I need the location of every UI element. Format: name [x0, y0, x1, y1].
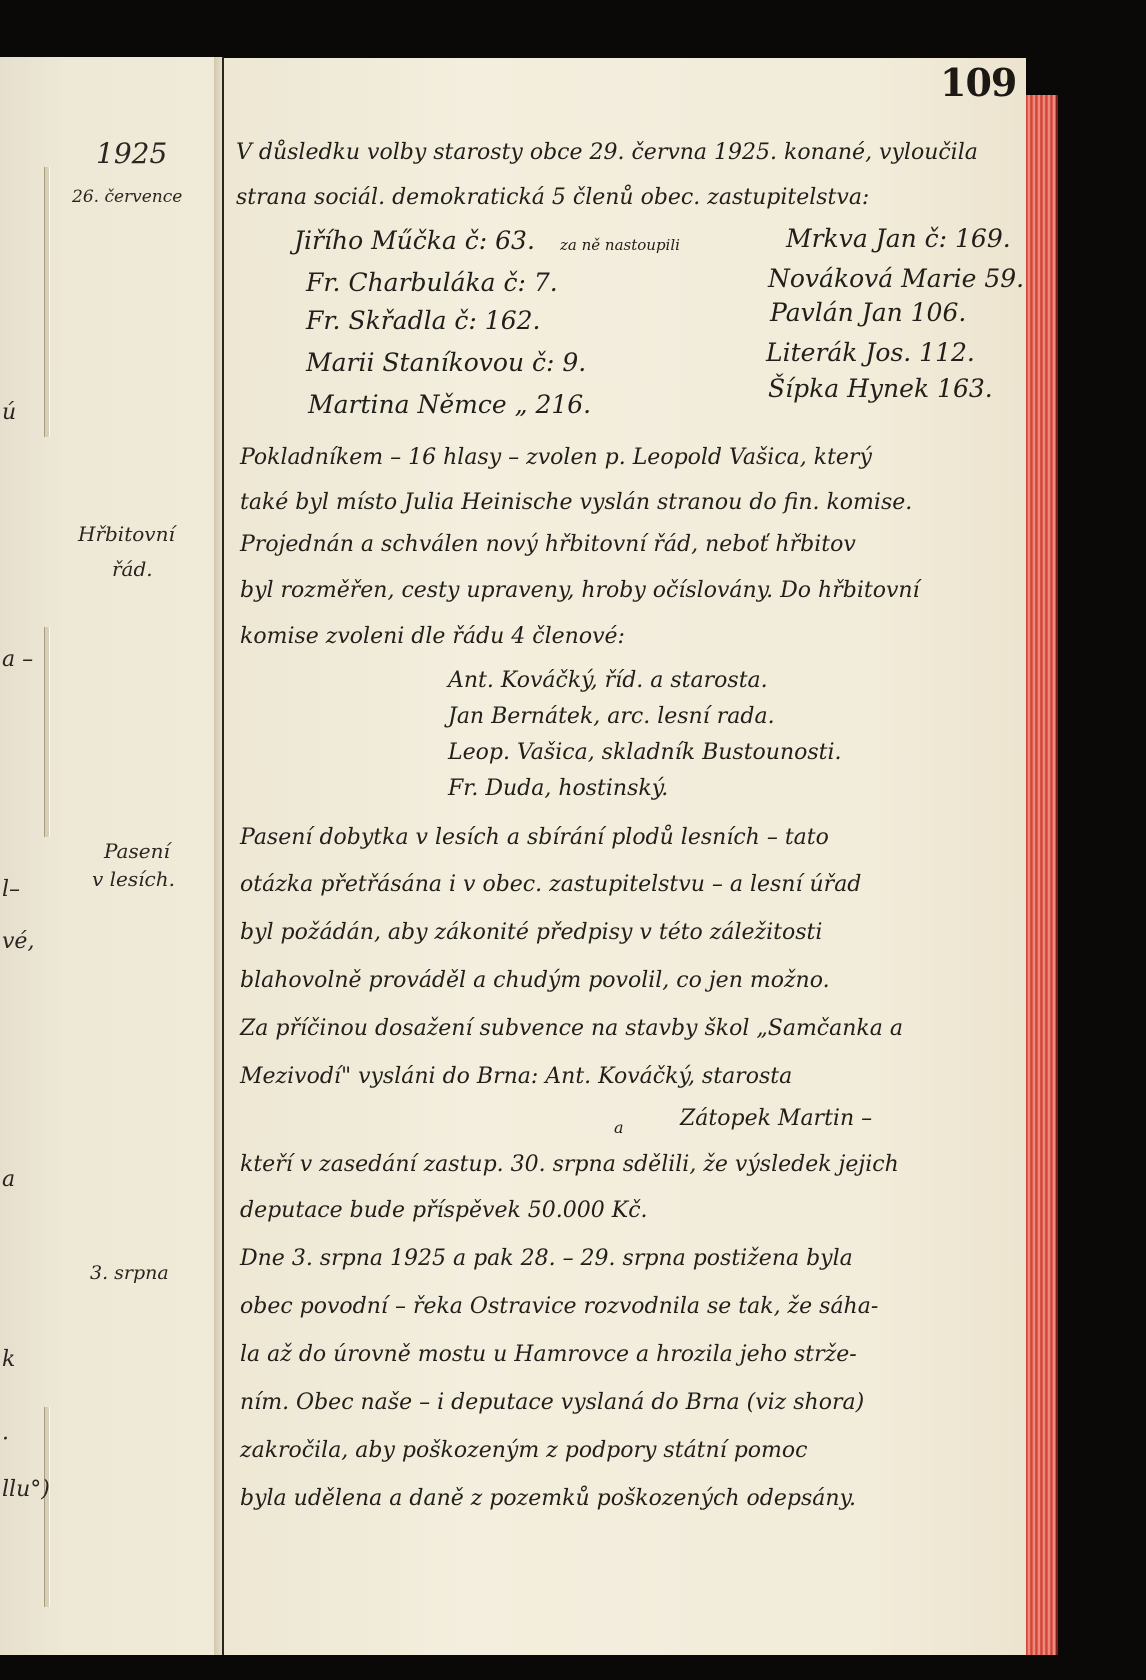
removed-member: Marii Staníkovou č: 9.	[306, 348, 586, 377]
replacement-member: Pavlán Jan 106.	[770, 298, 966, 327]
replacement-member: Nováková Marie 59.	[768, 264, 1024, 293]
background	[0, 1655, 1146, 1680]
left-page-fragment: llu°)	[2, 1477, 50, 1502]
left-page-fragment: a –	[2, 647, 33, 672]
binding-stitch	[44, 627, 50, 837]
margin-year: 1925	[96, 137, 167, 170]
replacement-member: Mrkva Jan č: 169.	[786, 224, 1011, 253]
margin-note: Pasení	[104, 839, 170, 863]
entry-line: Pasení dobytka v lesích a sbírání plodů …	[240, 825, 829, 850]
commission-member: Fr. Duda, hostinský.	[448, 776, 668, 801]
replacement-member: Literák Jos. 112.	[766, 338, 975, 367]
entry-line: Dne 3. srpna 1925 a pak 28. – 29. srpna …	[240, 1246, 853, 1271]
entry-line: la až do úrovně mostu u Hamrovce a hrozi…	[240, 1342, 857, 1367]
margin-rule	[222, 57, 224, 1655]
margin-date: 3. srpna	[90, 1262, 169, 1284]
entry-line: byl požádán, aby zákonité předpisy v tét…	[240, 920, 822, 945]
entry-line: Projednán a schválen nový hřbitovní řád,…	[240, 532, 856, 557]
removed-member: Fr. Charbuláka č: 7.	[306, 268, 558, 297]
entry-line: byl rozměřen, cesty upraveny, hroby očís…	[240, 578, 920, 603]
left-page-fragment: vé,	[2, 929, 34, 954]
removed-member: Fr. Skřadla č: 162.	[306, 306, 540, 335]
commission-member: Ant. Kováčký, říd. a starosta.	[448, 668, 768, 693]
entry-line: kteří v zasedání zastup. 30. srpna sděli…	[240, 1152, 899, 1177]
page-edge	[1026, 95, 1058, 1655]
removed-member: Jiřího Műčka č: 63.	[294, 226, 535, 255]
margin-date: 26. července	[72, 187, 182, 207]
entry-line: V důsledku volby starosty obce 29. červn…	[236, 140, 978, 165]
entry-line-prefix: a	[614, 1118, 624, 1137]
binding-stitch	[44, 1407, 50, 1607]
removed-member: Martina Němce „ 216.	[308, 390, 591, 419]
entry-line: otázka přetřásána i v obec. zastupitelst…	[240, 872, 861, 897]
entry-line: Zátopek Martin –	[680, 1106, 872, 1131]
entry-line: obec povodní – řeka Ostravice rozvodnila…	[240, 1294, 878, 1319]
entry-line: Za příčinou dosažení subvence na stavby …	[240, 1016, 903, 1041]
page-number: 109	[940, 60, 1016, 105]
left-page-fragment: k	[2, 1347, 15, 1372]
entry-line: zakročila, aby poškozeným z podpory stát…	[240, 1438, 807, 1463]
commission-member: Jan Bernátek, arc. lesní rada.	[448, 704, 775, 729]
entry-line: byla udělena a daně z pozemků poškozenýc…	[240, 1486, 856, 1511]
left-page-fragment: ú	[2, 400, 16, 425]
entry-line: deputace bude příspěvek 50.000 Kč.	[240, 1198, 648, 1223]
margin-note: řád.	[112, 557, 153, 581]
left-page-fragment: ·	[2, 1427, 9, 1452]
entry-line: Mezivodí" vysláni do Brna: Ant. Kováčký,…	[240, 1064, 792, 1089]
margin-note: v lesích.	[92, 867, 175, 891]
margin-note: Hřbitovní	[78, 522, 175, 546]
commission-member: Leop. Vašica, skladník Bustounosti.	[448, 740, 842, 765]
binding-stitch	[44, 167, 50, 437]
entry-line: ním. Obec naše – i deputace vyslaná do B…	[240, 1390, 864, 1415]
left-page: ú a – l– vé, a k · llu°) 1925 26. červen…	[0, 57, 222, 1655]
entry-line: Pokladníkem – 16 hlasy – zvolen p. Leopo…	[240, 445, 872, 470]
left-page-fragment: a	[2, 1167, 15, 1192]
entry-line: také byl místo Julia Heinische vyslán st…	[240, 490, 912, 515]
entry-line: strana sociál. demokratická 5 členů obec…	[236, 185, 869, 210]
left-page-fragment: l–	[2, 877, 20, 902]
entry-line: blahovolně prováděl a chudým povolil, co…	[240, 968, 830, 993]
replacement-label: za ně nastoupili	[560, 236, 680, 254]
replacement-member: Šípka Hynek 163.	[768, 374, 993, 403]
entry-line: komise zvoleni dle řádu 4 členové:	[240, 624, 625, 649]
